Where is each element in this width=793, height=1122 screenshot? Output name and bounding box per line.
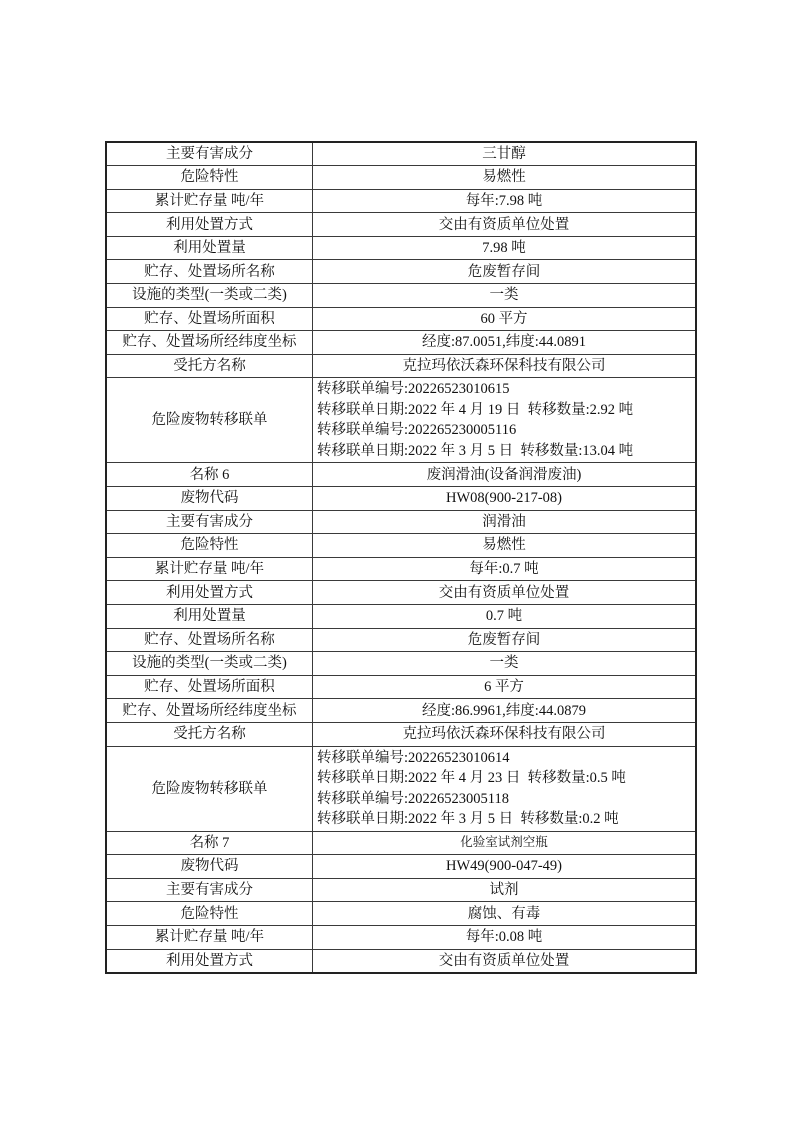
hazardous-waste-table: 主要有害成分三甘醇危险特性易燃性累计贮存量 吨/年每年:7.98 吨利用处置方式… xyxy=(105,141,697,974)
row-label: 危险废物转移联单 xyxy=(106,378,313,463)
row-value: 经度:87.0051,纬度:44.0891 xyxy=(313,331,697,355)
row-label: 利用处置量 xyxy=(106,236,313,260)
row-value: 交由有资质单位处置 xyxy=(313,213,697,237)
table-row: 危险特性易燃性 xyxy=(106,534,696,558)
transfer-record-line: 转移联单编号:20226523005118 xyxy=(317,789,693,810)
row-label: 贮存、处置场所名称 xyxy=(106,260,313,284)
row-value: 化验室试剂空瓶 xyxy=(313,831,697,855)
table-row: 利用处置量7.98 吨 xyxy=(106,236,696,260)
table-row: 危险废物转移联单转移联单编号:20226523010614转移联单日期:2022… xyxy=(106,746,696,831)
row-label: 废物代码 xyxy=(106,855,313,879)
row-value: 三甘醇 xyxy=(313,142,697,166)
row-label: 危险特性 xyxy=(106,166,313,190)
transfer-record-line: 转移联单编号:202265230005116 xyxy=(317,420,693,441)
table-row: 主要有害成分三甘醇 xyxy=(106,142,696,166)
row-label: 累计贮存量 吨/年 xyxy=(106,557,313,581)
row-label: 设施的类型(一类或二类) xyxy=(106,284,313,308)
row-value: 一类 xyxy=(313,652,697,676)
transfer-record-line: 转移联单日期:2022 年 3 月 5 日 转移数量:0.2 吨 xyxy=(317,809,693,830)
row-value: 0.7 吨 xyxy=(313,605,697,629)
row-value: 易燃性 xyxy=(313,166,697,190)
table-row: 废物代码HW49(900-047-49) xyxy=(106,855,696,879)
table-row: 设施的类型(一类或二类)一类 xyxy=(106,284,696,308)
document-page: 主要有害成分三甘醇危险特性易燃性累计贮存量 吨/年每年:7.98 吨利用处置方式… xyxy=(0,0,793,1122)
row-value: 试剂 xyxy=(313,878,697,902)
row-value: 交由有资质单位处置 xyxy=(313,949,697,973)
row-value: 一类 xyxy=(313,284,697,308)
row-value: 每年:0.7 吨 xyxy=(313,557,697,581)
row-value: 危废暂存间 xyxy=(313,628,697,652)
transfer-record-line: 转移联单日期:2022 年 4 月 19 日 转移数量:2.92 吨 xyxy=(317,400,693,421)
row-label: 利用处置量 xyxy=(106,605,313,629)
table-row: 累计贮存量 吨/年每年:0.08 吨 xyxy=(106,925,696,949)
table-row: 累计贮存量 吨/年每年:0.7 吨 xyxy=(106,557,696,581)
row-value: 转移联单编号:20226523010615转移联单日期:2022 年 4 月 1… xyxy=(313,378,697,463)
row-label: 主要有害成分 xyxy=(106,510,313,534)
table-row: 危险特性腐蚀、有毒 xyxy=(106,902,696,926)
row-value: 废润滑油(设备润滑废油) xyxy=(313,463,697,487)
table-row: 利用处置量0.7 吨 xyxy=(106,605,696,629)
row-value: 每年:0.08 吨 xyxy=(313,925,697,949)
transfer-record-line: 转移联单日期:2022 年 4 月 23 日 转移数量:0.5 吨 xyxy=(317,768,693,789)
row-value: HW08(900-217-08) xyxy=(313,487,697,511)
row-value: 交由有资质单位处置 xyxy=(313,581,697,605)
row-value: 润滑油 xyxy=(313,510,697,534)
waste-table-body: 主要有害成分三甘醇危险特性易燃性累计贮存量 吨/年每年:7.98 吨利用处置方式… xyxy=(106,142,696,973)
row-value: 转移联单编号:20226523010614转移联单日期:2022 年 4 月 2… xyxy=(313,746,697,831)
row-value: 6 平方 xyxy=(313,675,697,699)
row-label: 利用处置方式 xyxy=(106,213,313,237)
table-row: 设施的类型(一类或二类)一类 xyxy=(106,652,696,676)
table-row: 主要有害成分试剂 xyxy=(106,878,696,902)
row-label: 贮存、处置场所面积 xyxy=(106,675,313,699)
table-row: 贮存、处置场所名称危废暂存间 xyxy=(106,260,696,284)
transfer-record-line: 转移联单日期:2022 年 3 月 5 日 转移数量:13.04 吨 xyxy=(317,441,693,462)
row-label: 累计贮存量 吨/年 xyxy=(106,925,313,949)
transfer-record-line: 转移联单编号:20226523010614 xyxy=(317,748,693,769)
row-label: 利用处置方式 xyxy=(106,949,313,973)
row-value: 克拉玛依沃森环保科技有限公司 xyxy=(313,354,697,378)
table-row: 废物代码HW08(900-217-08) xyxy=(106,487,696,511)
table-row: 贮存、处置场所经纬度坐标经度:87.0051,纬度:44.0891 xyxy=(106,331,696,355)
row-label: 受托方名称 xyxy=(106,722,313,746)
row-value: 7.98 吨 xyxy=(313,236,697,260)
row-label: 受托方名称 xyxy=(106,354,313,378)
row-label: 主要有害成分 xyxy=(106,878,313,902)
row-value: 腐蚀、有毒 xyxy=(313,902,697,926)
table-row: 名称 7化验室试剂空瓶 xyxy=(106,831,696,855)
row-label: 危险特性 xyxy=(106,534,313,558)
table-row: 危险废物转移联单转移联单编号:20226523010615转移联单日期:2022… xyxy=(106,378,696,463)
table-row: 贮存、处置场所经纬度坐标经度:86.9961,纬度:44.0879 xyxy=(106,699,696,723)
row-value: 危废暂存间 xyxy=(313,260,697,284)
row-label: 危险特性 xyxy=(106,902,313,926)
row-label: 贮存、处置场所经纬度坐标 xyxy=(106,699,313,723)
table-row: 危险特性易燃性 xyxy=(106,166,696,190)
row-label: 废物代码 xyxy=(106,487,313,511)
row-value: 易燃性 xyxy=(313,534,697,558)
row-value: 经度:86.9961,纬度:44.0879 xyxy=(313,699,697,723)
row-value: 克拉玛依沃森环保科技有限公司 xyxy=(313,722,697,746)
row-label: 名称 6 xyxy=(106,463,313,487)
table-row: 利用处置方式交由有资质单位处置 xyxy=(106,213,696,237)
row-label: 危险废物转移联单 xyxy=(106,746,313,831)
table-row: 利用处置方式交由有资质单位处置 xyxy=(106,949,696,973)
row-value: 60 平方 xyxy=(313,307,697,331)
row-label: 贮存、处置场所面积 xyxy=(106,307,313,331)
table-row: 累计贮存量 吨/年每年:7.98 吨 xyxy=(106,189,696,213)
row-label: 利用处置方式 xyxy=(106,581,313,605)
table-row: 贮存、处置场所面积60 平方 xyxy=(106,307,696,331)
row-value: HW49(900-047-49) xyxy=(313,855,697,879)
transfer-record-line: 转移联单编号:20226523010615 xyxy=(317,379,693,400)
row-label: 贮存、处置场所名称 xyxy=(106,628,313,652)
table-row: 贮存、处置场所面积6 平方 xyxy=(106,675,696,699)
row-label: 名称 7 xyxy=(106,831,313,855)
row-label: 设施的类型(一类或二类) xyxy=(106,652,313,676)
row-label: 主要有害成分 xyxy=(106,142,313,166)
table-row: 主要有害成分润滑油 xyxy=(106,510,696,534)
table-row: 受托方名称克拉玛依沃森环保科技有限公司 xyxy=(106,354,696,378)
row-label: 贮存、处置场所经纬度坐标 xyxy=(106,331,313,355)
table-row: 利用处置方式交由有资质单位处置 xyxy=(106,581,696,605)
table-row: 受托方名称克拉玛依沃森环保科技有限公司 xyxy=(106,722,696,746)
table-row: 贮存、处置场所名称危废暂存间 xyxy=(106,628,696,652)
row-value: 每年:7.98 吨 xyxy=(313,189,697,213)
row-label: 累计贮存量 吨/年 xyxy=(106,189,313,213)
table-row: 名称 6废润滑油(设备润滑废油) xyxy=(106,463,696,487)
